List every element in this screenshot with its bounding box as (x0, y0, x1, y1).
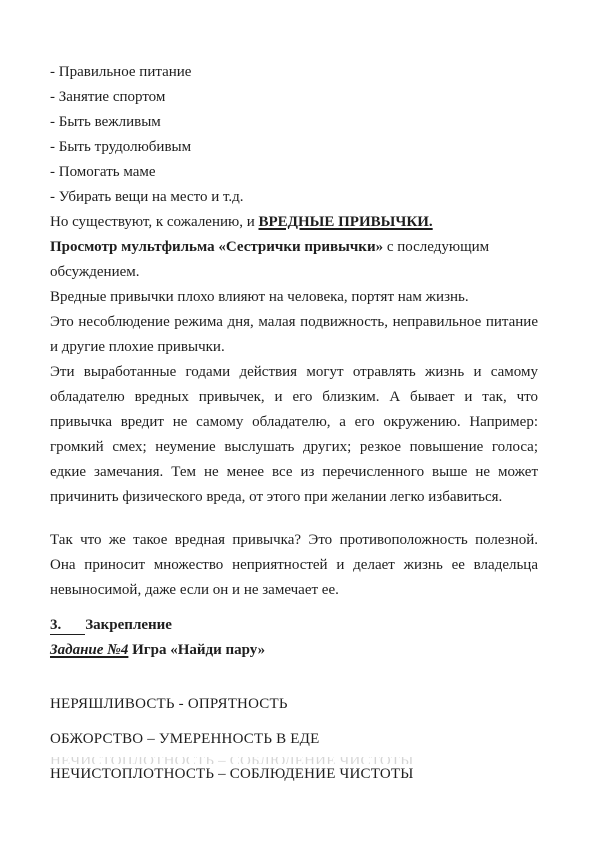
scan-ghost-artifact: НЕЧИСТОПЛОТНОСТЬ – СОБЛЮДЕНИЕ ЧИСТОТЫ (50, 757, 414, 764)
good-habit-item: - Правильное питание (50, 60, 538, 85)
section-number: 3. (50, 613, 85, 638)
good-habit-item: - Помогать маме (50, 160, 538, 185)
paragraph-definition: Так что же такое вредная привычка? Это п… (50, 528, 538, 603)
section-heading: 3.Закрепление (50, 613, 538, 638)
bad-habits-emphasis: ВРЕДНЫЕ ПРИВЫЧКИ. (259, 214, 433, 230)
paragraph-consequences: Эти выработанные годами действия могут о… (50, 360, 538, 510)
pair-item: НЕРЯШЛИВОСТЬ - ОПРЯТНОСТЬ (50, 687, 538, 722)
paragraph-examples: Это несоблюдение режима дня, малая подви… (50, 310, 538, 360)
task-label: Задание №4 (50, 642, 128, 658)
cartoon-title-bold: Просмотр мультфильма «Сестрички привычки… (50, 239, 383, 255)
section-title: Закрепление (85, 617, 172, 633)
good-habit-item: - Убирать вещи на место и т.д. (50, 185, 538, 210)
good-habit-item: - Быть вежливым (50, 110, 538, 135)
good-habit-item: - Занятие спортом (50, 85, 538, 110)
bad-habits-intro-line: Но существуют, к сожалению, и ВРЕДНЫЕ ПР… (50, 210, 538, 235)
find-pair-list: НЕРЯШЛИВОСТЬ - ОПРЯТНОСТЬ ОБЖОРСТВО – УМ… (50, 687, 538, 792)
pair-item: ОБЖОРСТВО – УМЕРЕННОСТЬ В ЕДЕ (50, 722, 538, 757)
paragraph-bad-habits-effect: Вредные привычки плохо влияют на человек… (50, 285, 538, 310)
task-heading: Задание №4 Игра «Найди пару» (50, 638, 538, 663)
good-habit-item: - Быть трудолюбивым (50, 135, 538, 160)
intro-prefix-text: Но существуют, к сожалению, и (50, 214, 259, 230)
task-title: Игра «Найди пару» (128, 642, 265, 658)
document-page: - Правильное питание - Занятие спортом -… (0, 0, 595, 842)
cartoon-viewing-line: Просмотр мультфильма «Сестрички привычки… (50, 235, 538, 285)
